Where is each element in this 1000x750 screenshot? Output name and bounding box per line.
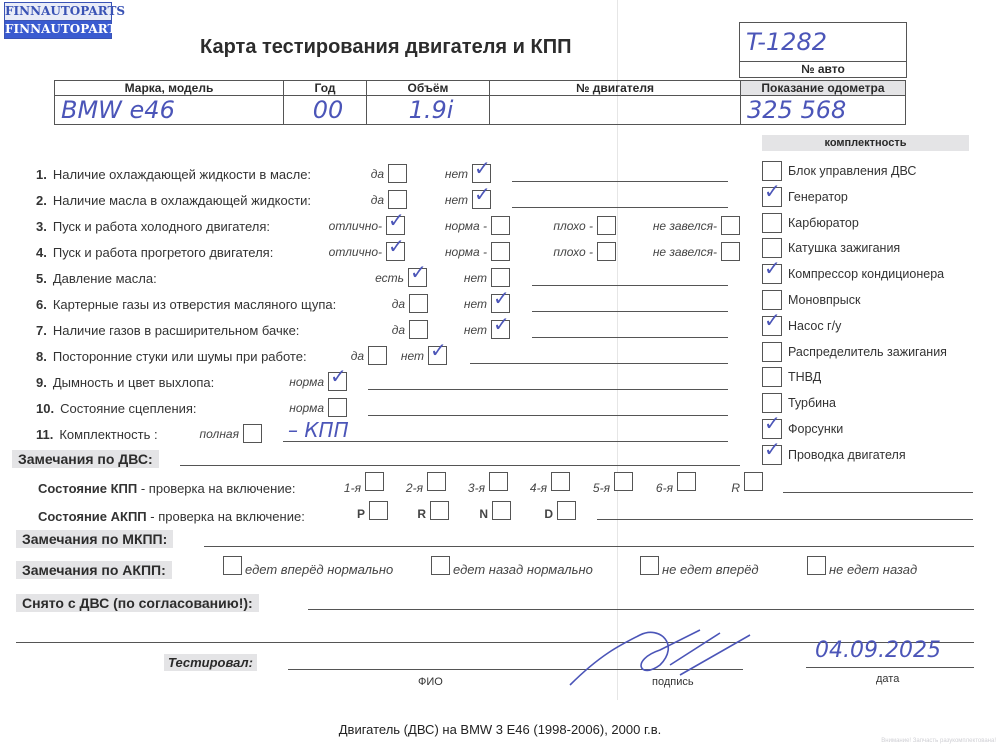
date-line[interactable]: [806, 667, 974, 668]
akpp-remark-checkbox[interactable]: [223, 556, 242, 575]
akpp-remark-option-label: не едет назад: [829, 562, 917, 577]
question-2-option-label: да: [298, 193, 384, 207]
question-5-option-label: есть: [318, 271, 404, 285]
check-mark-icon: ✓: [493, 315, 510, 335]
question-3-option-label: отлично-: [296, 219, 382, 233]
completeness-item-label: Насос г/у: [788, 319, 841, 333]
question-5-label: 5.Давление масла:: [36, 271, 157, 286]
question-2-remark-line[interactable]: [512, 207, 728, 208]
check-mark-icon: ✓: [493, 289, 510, 309]
question-3-option-label: плохо -: [507, 219, 593, 233]
date-caption: дата: [876, 673, 899, 685]
question-number: 8.: [36, 349, 47, 364]
auto-number-label: № авто: [740, 62, 906, 77]
completeness-checkbox[interactable]: ✓: [762, 419, 782, 439]
question-8-checkbox[interactable]: ✓: [428, 346, 447, 365]
question-text: Посторонние стуки или шумы при работе:: [53, 349, 307, 364]
check-mark-icon: ✓: [764, 414, 781, 434]
akpp-remark-option-label: не едет вперёд: [662, 562, 759, 577]
question-text: Давление масла:: [53, 271, 157, 286]
finnautoparts-logo: FINNAUTOPARTS FINNAUTOPARTS: [4, 2, 112, 39]
akpp-remark-checkbox[interactable]: [640, 556, 659, 575]
kpp-gear-checkbox[interactable]: [551, 472, 570, 491]
akpp-remark-option-label: едет вперёд нормально: [245, 562, 393, 577]
completeness-item[interactable]: Распределитель зажигания: [762, 342, 947, 362]
check-mark-icon: ✓: [764, 440, 781, 460]
question-11-checkbox[interactable]: [243, 424, 262, 443]
completeness-item-label: Турбина: [788, 396, 836, 410]
question-text: Наличие газов в расширительном бачке:: [53, 323, 300, 338]
completeness-item-label: Блок управления ДВС: [788, 164, 916, 178]
question-1-checkbox[interactable]: ✓: [472, 164, 491, 183]
question-9-remark-line[interactable]: [368, 389, 728, 390]
question-7-checkbox[interactable]: ✓: [491, 320, 510, 339]
completeness-checkbox[interactable]: ✓: [762, 445, 782, 465]
question-4-checkbox[interactable]: [721, 242, 740, 261]
question-11-option-label: полная: [153, 427, 239, 441]
watermark: Внимание! Запчасть разукомплектована!: [881, 738, 996, 744]
question-3-option-label: норма -: [401, 219, 487, 233]
akpp-gear-checkbox[interactable]: [369, 501, 388, 520]
completeness-item-label: Карбюратор: [788, 216, 859, 230]
question-10-label: 10.Состояние сцепления:: [36, 401, 197, 416]
question-5-checkbox[interactable]: [491, 268, 510, 287]
completeness-item-label: Проводка двигателя: [788, 448, 906, 462]
question-number: 3.: [36, 219, 47, 234]
akpp-remark-line[interactable]: [597, 519, 973, 520]
question-7-option-label: нет: [401, 323, 487, 337]
completeness-checkbox[interactable]: [762, 393, 782, 413]
question-6-option-label: нет: [401, 297, 487, 311]
question-number: 9.: [36, 375, 47, 390]
completeness-checkbox[interactable]: [762, 213, 782, 233]
completeness-item[interactable]: ТНВД: [762, 367, 821, 387]
removed-parts-label: Снято с ДВС (по согласованию!):: [16, 594, 259, 612]
remarks-akpp-label: Замечания по АКПП:: [16, 561, 172, 579]
question-text: Пуск и работа холодного двигателя:: [53, 219, 270, 234]
question-11-remark-line[interactable]: [283, 441, 728, 442]
remarks-engine-line[interactable]: [180, 465, 740, 466]
question-1-option-label: да: [298, 167, 384, 181]
question-number: 5.: [36, 271, 47, 286]
kpp-gear-label: 5-я: [574, 481, 610, 495]
question-text: Наличие охлаждающей жидкости в масле:: [53, 167, 311, 182]
question-6-checkbox[interactable]: ✓: [491, 294, 510, 313]
question-4-label: 4.Пуск и работа прогретого двигателя:: [36, 245, 273, 260]
remarks-engine-label: Замечания по ДВС:: [12, 450, 159, 468]
question-number: 10.: [36, 401, 54, 416]
akpp-gear-checkbox[interactable]: [492, 501, 511, 520]
question-text: Комплектность :: [59, 427, 157, 442]
question-10-option-label: норма: [238, 401, 324, 415]
kpp-gear-checkbox[interactable]: [365, 472, 384, 491]
completeness-item[interactable]: ✓Насос г/у: [762, 316, 841, 336]
question-5-option-label: нет: [401, 271, 487, 285]
kpp-gear-checkbox[interactable]: [677, 472, 696, 491]
question-8-label: 8.Посторонние стуки или шумы при работе:: [36, 349, 307, 364]
question-number: 2.: [36, 193, 47, 208]
completeness-checkbox[interactable]: [762, 342, 782, 362]
question-2-checkbox[interactable]: ✓: [472, 190, 491, 209]
question-number: 1.: [36, 167, 47, 182]
completeness-item[interactable]: Катушка зажигания: [762, 238, 900, 258]
completeness-item-label: Моновпрыск: [788, 293, 860, 307]
completeness-item[interactable]: Карбюратор: [762, 213, 859, 233]
question-11-note: – КПП: [288, 418, 349, 442]
akpp-gear-label: R: [390, 507, 426, 521]
completeness-item-label: ТНВД: [788, 370, 821, 384]
remarks-mkpp-label: Замечания по МКПП:: [16, 530, 173, 548]
kpp-label-rest: - проверка на включение:: [137, 481, 295, 496]
volume-value: 1.9i: [367, 96, 490, 125]
akpp-gear-checkbox[interactable]: [557, 501, 576, 520]
completeness-item[interactable]: Блок управления ДВС: [762, 161, 916, 181]
completeness-item-label: Компрессор кондиционера: [788, 267, 944, 281]
auto-number-box: T-1282 № авто: [739, 22, 907, 78]
question-2-option-label: нет: [382, 193, 468, 207]
removed-parts-line[interactable]: [308, 609, 974, 610]
question-8-remark-line[interactable]: [470, 363, 728, 364]
check-mark-icon: ✓: [474, 185, 491, 205]
kpp-label-bold: Состояние КПП: [38, 481, 137, 496]
check-mark-icon: ✓: [430, 341, 447, 361]
kpp-gear-label: 4-я: [511, 481, 547, 495]
question-number: 7.: [36, 323, 47, 338]
completeness-item[interactable]: Моновпрыск: [762, 290, 860, 310]
fio-caption: ФИО: [418, 676, 443, 688]
vehicle-info-table: Марка, модель Год Объём № двигателя Пока…: [54, 80, 906, 125]
completeness-item[interactable]: ✓Проводка двигателя: [762, 445, 906, 465]
question-3-checkbox[interactable]: [597, 216, 616, 235]
col-make-model: Марка, модель: [55, 81, 284, 96]
akpp-label-rest: - проверка на включение:: [147, 509, 305, 524]
completeness-checkbox[interactable]: [762, 238, 782, 258]
kpp-gear-checkbox[interactable]: [427, 472, 446, 491]
kpp-gear-label: 1-я: [325, 481, 361, 495]
logo-line-1: FINNAUTOPARTS: [4, 2, 112, 20]
completeness-checkbox[interactable]: [762, 161, 782, 181]
question-3-option-label: не завелся-: [631, 219, 717, 233]
akpp-remark-checkbox[interactable]: [807, 556, 826, 575]
question-6-label: 6.Картерные газы из отверстия масляного …: [36, 297, 336, 312]
completeness-item-label: Форсунки: [788, 422, 843, 436]
question-1-option-label: нет: [382, 167, 468, 181]
question-text: Пуск и работа прогретого двигателя:: [53, 245, 273, 260]
question-text: Картерные газы из отверстия масляного щу…: [53, 297, 336, 312]
question-3-label: 3.Пуск и работа холодного двигателя:: [36, 219, 270, 234]
auto-number-value: T-1282: [740, 23, 906, 62]
question-text: Состояние сцепления:: [60, 401, 196, 416]
question-number: 11.: [36, 427, 53, 442]
question-text: Дымность и цвет выхлопа:: [53, 375, 214, 390]
question-7-remark-line[interactable]: [532, 337, 728, 338]
question-2-label: 2.Наличие масла в охлаждающей жидкости:: [36, 193, 311, 208]
question-8-option-label: нет: [338, 349, 424, 363]
col-volume: Объём: [367, 81, 490, 96]
completeness-item-label: Распределитель зажигания: [788, 345, 947, 359]
kpp-gear-checkbox[interactable]: [614, 472, 633, 491]
signature-scribble: [560, 625, 760, 690]
question-3-checkbox[interactable]: [721, 216, 740, 235]
check-mark-icon: ✓: [330, 367, 347, 387]
question-1-remark-line[interactable]: [512, 181, 728, 182]
question-text: Наличие масла в охлаждающей жидкости:: [53, 193, 311, 208]
kpp-gear-label: R: [704, 481, 740, 495]
completeness-item[interactable]: ✓Форсунки: [762, 419, 843, 439]
question-6-option-label: да: [319, 297, 405, 311]
question-4-option-label: отлично-: [296, 245, 382, 259]
akpp-gear-checkbox[interactable]: [430, 501, 449, 520]
akpp-gear-label: N: [452, 507, 488, 521]
question-9-checkbox[interactable]: ✓: [328, 372, 347, 391]
remarks-mkpp-line[interactable]: [204, 546, 974, 547]
col-engine-number: № двигателя: [490, 81, 741, 96]
question-11-label: 11.Комплектность :: [36, 427, 158, 442]
check-mark-icon: ✓: [474, 159, 491, 179]
question-1-label: 1.Наличие охлаждающей жидкости в масле:: [36, 167, 311, 182]
question-number: 6.: [36, 297, 47, 312]
completeness-checkbox[interactable]: [762, 367, 782, 387]
logo-line-2: FINNAUTOPARTS: [4, 20, 112, 39]
make-model-value: BMW e46: [55, 96, 284, 125]
check-mark-icon: ✓: [764, 259, 781, 279]
check-mark-icon: ✓: [764, 182, 781, 202]
question-7-label: 7.Наличие газов в расширительном бачке:: [36, 323, 299, 338]
question-10-checkbox[interactable]: [328, 398, 347, 417]
question-6-remark-line[interactable]: [532, 311, 728, 312]
completeness-checkbox[interactable]: [762, 290, 782, 310]
akpp-label-bold: Состояние АКПП: [38, 509, 147, 524]
question-9-label: 9.Дымность и цвет выхлопа:: [36, 375, 214, 390]
check-mark-icon: ✓: [764, 311, 781, 331]
question-4-option-label: плохо -: [507, 245, 593, 259]
question-5-remark-line[interactable]: [532, 285, 728, 286]
completeness-item[interactable]: ✓Компрессор кондиционера: [762, 264, 944, 284]
completeness-item-label: Катушка зажигания: [788, 241, 900, 255]
question-9-option-label: норма: [238, 375, 324, 389]
question-4-option-label: не завелся-: [631, 245, 717, 259]
kpp-gear-label: 3-я: [449, 481, 485, 495]
kpp-gear-checkbox[interactable]: [744, 472, 763, 491]
kpp-gear-label: 2-я: [387, 481, 423, 495]
col-year: Год: [284, 81, 367, 96]
question-4-checkbox[interactable]: [597, 242, 616, 261]
date-value: 04.09.2025: [815, 638, 941, 663]
image-caption: Двигатель (ДВС) на BMW 3 E46 (1998-2006)…: [0, 722, 1000, 737]
completeness-item[interactable]: Турбина: [762, 393, 836, 413]
question-7-option-label: да: [319, 323, 405, 337]
form-title: Карта тестирования двигателя и КПП: [200, 36, 571, 59]
kpp-remark-line[interactable]: [783, 492, 973, 493]
akpp-label: Состояние АКПП - проверка на включение:: [38, 509, 305, 524]
completeness-header: комплектность: [762, 135, 969, 151]
col-odometer: Показание одометра: [741, 81, 906, 96]
completeness-checkbox[interactable]: ✓: [762, 316, 782, 336]
akpp-gear-label: D: [517, 507, 553, 521]
question-number: 4.: [36, 245, 47, 260]
kpp-label: Состояние КПП - проверка на включение:: [38, 481, 295, 496]
question-4-option-label: норма -: [401, 245, 487, 259]
tested-by-label: Тестировал:: [164, 654, 257, 671]
akpp-remark-checkbox[interactable]: [431, 556, 450, 575]
completeness-item-label: Генератор: [788, 190, 848, 204]
completeness-checkbox[interactable]: ✓: [762, 187, 782, 207]
completeness-item[interactable]: ✓Генератор: [762, 187, 848, 207]
akpp-remark-option-label: едет назад нормально: [453, 562, 593, 577]
odometer-value: 325 568: [741, 96, 906, 125]
kpp-gear-label: 6-я: [637, 481, 673, 495]
question-10-remark-line[interactable]: [368, 415, 728, 416]
akpp-gear-label: P: [329, 507, 365, 521]
completeness-checkbox[interactable]: ✓: [762, 264, 782, 284]
engine-number-value: [490, 96, 741, 125]
kpp-gear-checkbox[interactable]: [489, 472, 508, 491]
year-value: 00: [284, 96, 367, 125]
